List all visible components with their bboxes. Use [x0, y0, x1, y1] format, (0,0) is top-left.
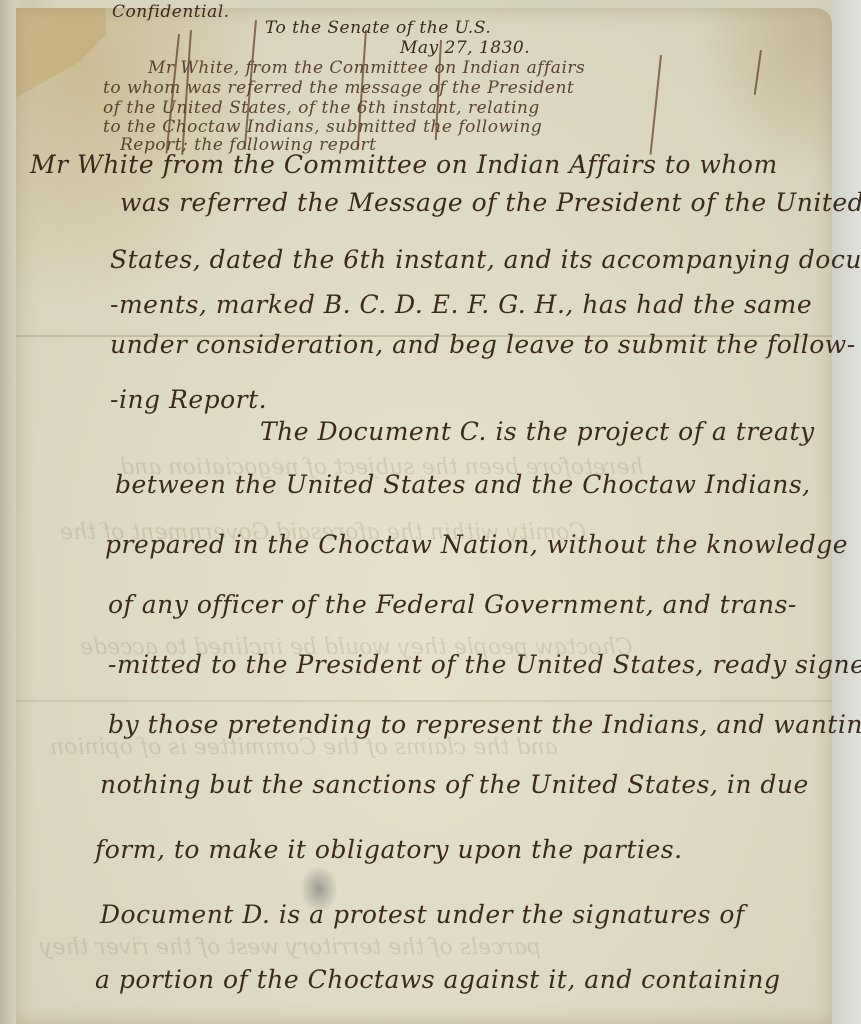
body-line: prepared in the Choctaw Nation, without … — [105, 530, 848, 559]
body-line: -ing Report. — [110, 385, 267, 414]
body-line: a portion of the Choctaws against it, an… — [95, 965, 780, 994]
body-line: was referred the Message of the Presiden… — [120, 188, 861, 217]
body-line: nothing but the sanctions of the United … — [100, 770, 809, 799]
cancelled-draft-line: Mr White, from the Committee on Indian a… — [148, 58, 585, 78]
body-line: -ments, marked B. C. D. E. F. G. H., has… — [110, 290, 812, 319]
document-date: May 27, 1830. — [400, 38, 530, 58]
body-line: Document D. is a protest under the signa… — [100, 900, 745, 929]
paper-fold — [16, 700, 832, 702]
body-line: -mitted to the President of the United S… — [108, 650, 861, 679]
body-line: by those pretending to represent the Ind… — [108, 710, 861, 739]
confidential-note: Confidential. — [112, 2, 230, 22]
addressee: To the Senate of the U.S. — [265, 18, 491, 38]
body-line: Mr White from the Committee on Indian Af… — [30, 150, 778, 179]
body-line: under consideration, and beg leave to su… — [110, 330, 856, 359]
body-line: between the United States and the Chocta… — [115, 470, 811, 499]
ink-smudge — [300, 865, 338, 913]
scanner-edge — [831, 0, 861, 1024]
body-line: of any officer of the Federal Government… — [108, 590, 797, 619]
body-line: The Document C. is the project of a trea… — [260, 417, 815, 446]
body-line: form, to make it obligatory upon the par… — [95, 835, 683, 864]
bleed-through-text: parcels of the territory west of the riv… — [40, 935, 541, 960]
body-line: States, dated the 6th instant, and its a… — [110, 245, 861, 274]
